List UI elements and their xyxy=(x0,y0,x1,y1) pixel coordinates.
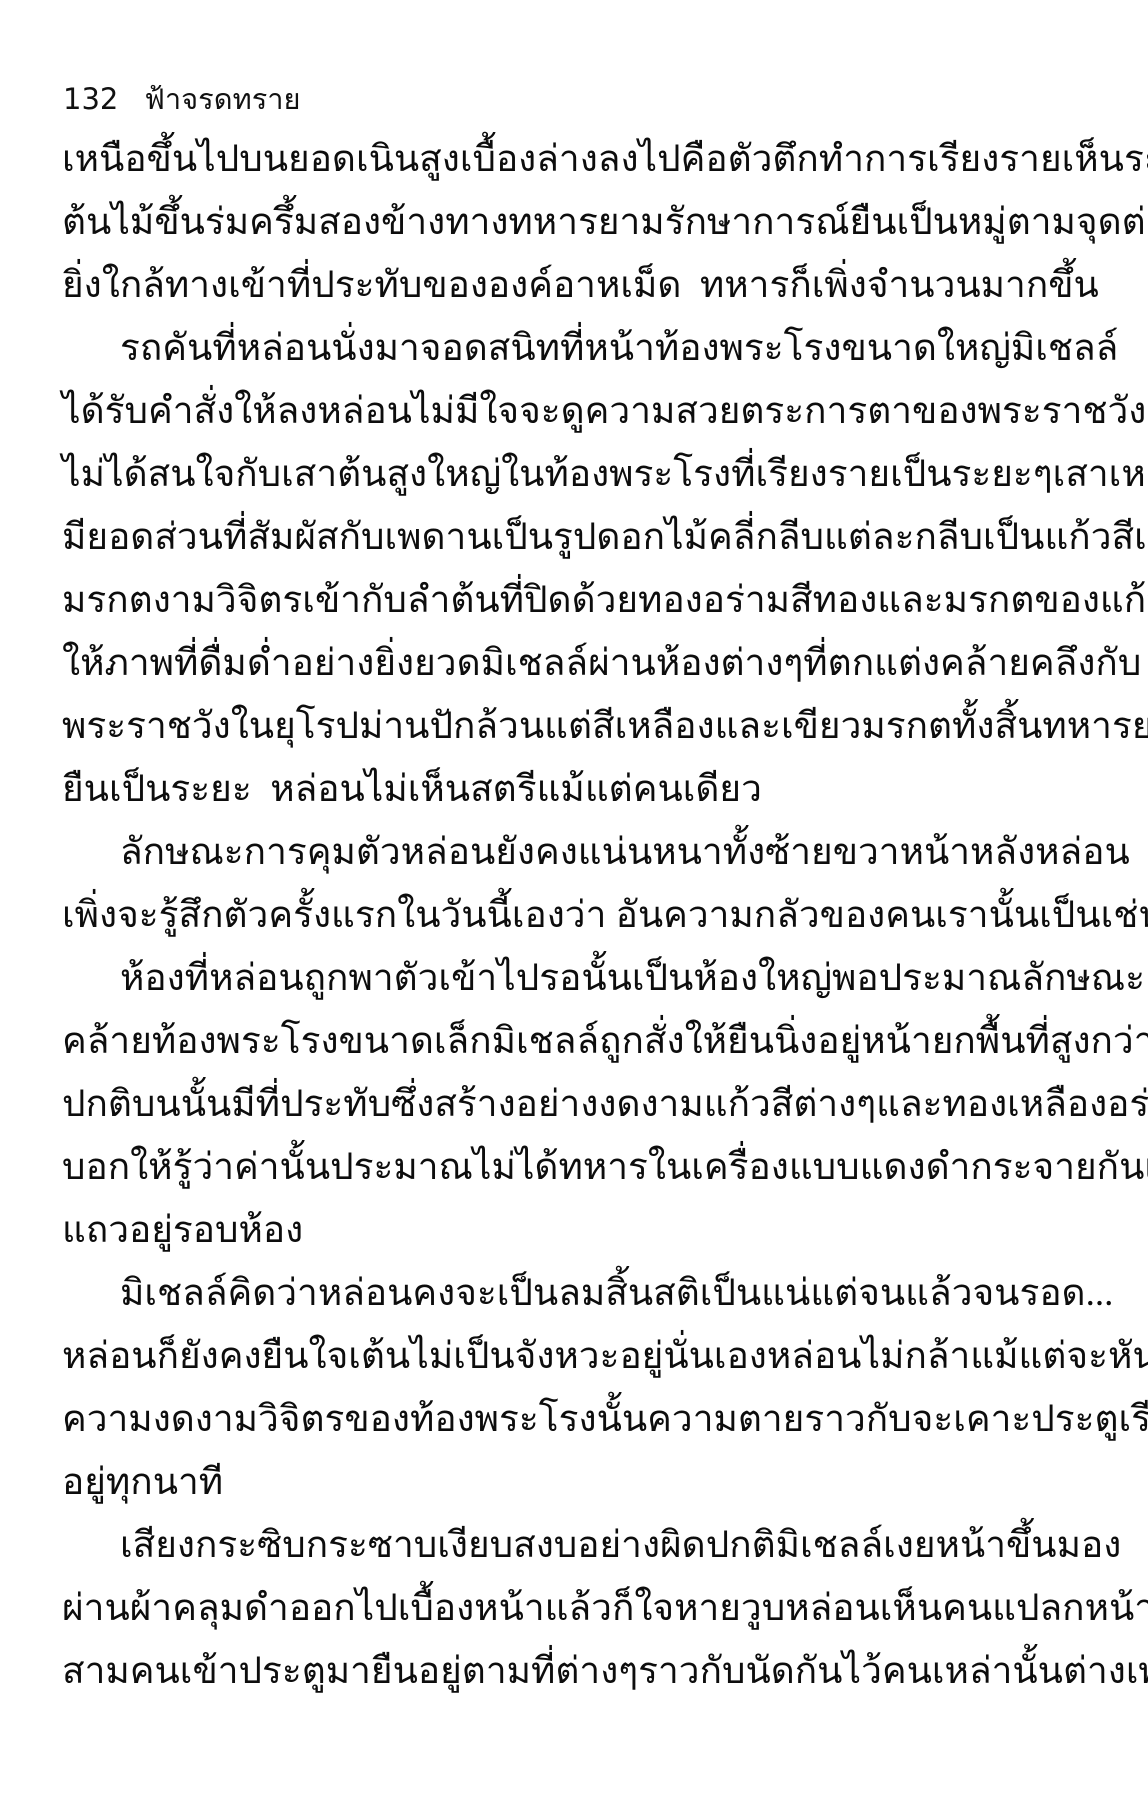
text-chunk: เสาเหล่านั้น xyxy=(1053,443,1148,506)
text-line: หล่อนก็ยังคงยืนใจเต้นไม่เป็นจังหวะอยู่นั… xyxy=(62,1325,1092,1388)
text-chunk: ทหารในเครื่องแบบแดงดำกระจายกันเรียง xyxy=(558,1136,1148,1199)
text-line: สามคนเข้าประตูมายืนอยู่ตามที่ต่างๆราวกับ… xyxy=(62,1640,1092,1703)
text-chunk: มรกตงามวิจิตร xyxy=(62,569,302,632)
text-chunk: รถคันที่หล่อนนั่งมาจอดสนิทที่หน้าท้องพระ… xyxy=(120,317,1011,380)
text-line: พระราชวังในยุโรปม่านปักล้วนแต่สีเหลืองแล… xyxy=(62,695,1092,758)
text-line: คล้ายท้องพระโรงขนาดเล็กมิเชลล์ถูกสั่งให้… xyxy=(62,1010,1092,1073)
text-line: ต้นไม้ขึ้นร่มครึ้มสองข้างทางทหารยามรักษา… xyxy=(62,191,1092,254)
text-chunk: ปกติ xyxy=(62,1073,132,1136)
page-number: 132 xyxy=(63,80,118,118)
text-line: ให้ภาพที่ดื่มด่ำอย่างยิ่งยวดมิเชลล์ผ่านห… xyxy=(62,632,1092,695)
text-line: ลักษณะการคุมตัวหล่อนยังคงแน่นหนาทั้งซ้าย… xyxy=(62,821,1092,884)
text-chunk: ไม่ได้สนใจกับเสาต้นสูงใหญ่ในท้องพระโรงที… xyxy=(62,443,1053,506)
text-chunk: เสียงกระซิบกระซาบเงียบสงบอย่างผิดปกติ xyxy=(120,1514,776,1577)
text-line: ยืนเป็นระยะ หล่อนไม่เห็นสตรีแม้แต่คนเดีย… xyxy=(62,758,1092,821)
text-chunk: บนนั้นมีที่ประทับซึ่งสร้างอย่างงดงาม xyxy=(132,1073,704,1136)
text-chunk: หล่อนไม่กล้าแม้แต่จะหันไปดู xyxy=(767,1325,1148,1388)
text-chunk: ให้ภาพที่ดื่มด่ำอย่างยิ่งยวด xyxy=(62,632,481,695)
text-chunk: หล่อนก็ยังคงยืนใจเต้นไม่เป็นจังหวะอยู่นั… xyxy=(62,1325,767,1388)
text-chunk: มิเชลล์คิดว่าหล่อนคงจะเป็นลมสิ้นสติเป็นแ… xyxy=(120,1262,810,1325)
text-chunk: ความงดงามวิจิตรของท้องพระโรงนั้น xyxy=(62,1388,647,1451)
text-line: อยู่ทุกนาที xyxy=(62,1451,1092,1514)
text-chunk: สามคนเข้าประตูมายืนอยู่ตามที่ต่างๆ xyxy=(62,1640,638,1703)
text-chunk: หล่อนเห็นคนแปลกหน้าสอง xyxy=(785,1577,1148,1640)
text-chunk: ผ่านผ้าคลุมดำออกไปเบื้องหน้าแล้วก็ใจหายว… xyxy=(62,1577,785,1640)
text-line: ยิ่งใกล้ทางเข้าที่ประทับขององค์อาหเม็ด ท… xyxy=(62,254,1092,317)
text-chunk: ราวกับนัดกันไว้ xyxy=(638,1640,882,1703)
text-chunk: แต่ละกลีบเป็นแก้วสีเขียว xyxy=(824,506,1148,569)
text-chunk: ลักษณะ xyxy=(1021,947,1145,1010)
text-chunk: สีทองและมรกตของแก้วนั้น xyxy=(790,569,1148,632)
text-chunk: ได้รับคำสั่งให้ลง xyxy=(62,380,317,443)
text-chunk: เห็นระยะ xyxy=(1062,128,1148,191)
text-chunk: ห้องที่หล่อนถูกพาตัวเข้าไปรอนั้นเป็นห้อง… xyxy=(120,947,1021,1010)
text-line: ไม่ได้สนใจกับเสาต้นสูงใหญ่ในท้องพระโรงที… xyxy=(62,443,1092,506)
text-chunk: ทหารยามรักษาการณ์ยืนเป็นหมู่ตามจุดต่างๆ xyxy=(508,191,1148,254)
text-line: บอกให้รู้ว่าค่านั้นประมาณไม่ได้ทหารในเคร… xyxy=(62,1136,1092,1199)
book-page: 132 ฟ้าจรดทราย เหนือขึ้นไปบนยอดเนินสูงเบ… xyxy=(0,0,1148,1800)
text-chunk: มิเชลล์ xyxy=(1011,317,1119,380)
text-chunk: พระราชวังในยุโรป xyxy=(62,695,359,758)
text-line: มิเชลล์คิดว่าหล่อนคงจะเป็นลมสิ้นสติเป็นแ… xyxy=(62,1262,1092,1325)
text-chunk: มอง xyxy=(1057,1514,1122,1577)
text-chunk: ต้นไม้ขึ้นร่มครึ้มสองข้างทาง xyxy=(62,191,508,254)
text-chunk: มิเชลล์ถูกสั่งให้ยืนนิ่งอยู่หน้ายกพื้นที… xyxy=(492,1010,1148,1073)
text-chunk: มิเชลล์ผ่านห้องต่างๆ xyxy=(481,632,804,695)
text-chunk: แต่จนแล้วจนรอด... xyxy=(810,1262,1113,1325)
text-chunk: ความตายราวกับจะเคาะประตูเรียกหา xyxy=(647,1388,1148,1451)
text-chunk: หล่อนไม่มีใจจะดูความสวยตระการตาของพระราช… xyxy=(317,380,1148,443)
text-chunk: และทองเหลืองอร่าม xyxy=(876,1073,1148,1136)
text-line: ความงดงามวิจิตรของท้องพระโรงนั้นความตายร… xyxy=(62,1388,1092,1451)
text-chunk: ลักษณะการคุมตัวหล่อนยังคงแน่นหนาทั้งซ้าย… xyxy=(120,821,1035,884)
text-line: เสียงกระซิบกระซาบเงียบสงบอย่างผิดปกติมิเ… xyxy=(62,1514,1092,1577)
running-header: 132 ฟ้าจรดทราย xyxy=(63,80,301,118)
book-title: ฟ้าจรดทราย xyxy=(144,80,300,118)
text-line: เหนือขึ้นไปบนยอดเนินสูงเบื้องล่างลงไปคือ… xyxy=(62,128,1092,191)
text-line: ผ่านผ้าคลุมดำออกไปเบื้องหน้าแล้วก็ใจหายว… xyxy=(62,1577,1092,1640)
text-line: แถวอยู่รอบห้อง xyxy=(62,1199,1092,1262)
body-text: เหนือขึ้นไปบนยอดเนินสูงเบื้องล่างลงไปคือ… xyxy=(62,128,1092,1703)
text-chunk: ทหารยาม xyxy=(1042,695,1148,758)
text-chunk: บอกให้รู้ว่าค่านั้นประมาณไม่ได้ xyxy=(62,1136,558,1199)
text-line: เพิ่งจะรู้สึกตัวครั้งแรกในวันนี้เองว่า อ… xyxy=(62,884,1092,947)
text-chunk: คนเหล่านั้นต่างเพ่งมอง xyxy=(882,1640,1148,1703)
text-line: ปกติบนนั้นมีที่ประทับซึ่งสร้างอย่างงดงาม… xyxy=(62,1073,1092,1136)
text-chunk: หล่อน xyxy=(1035,821,1130,884)
text-chunk: แก้วสีต่างๆ xyxy=(704,1073,876,1136)
text-chunk: คล้ายท้องพระโรงขนาดเล็ก xyxy=(62,1010,492,1073)
text-chunk: ม่านปักล้วนแต่สีเหลืองและเขียวมรกตทั้งสิ… xyxy=(359,695,1042,758)
text-line: รถคันที่หล่อนนั่งมาจอดสนิทที่หน้าท้องพระ… xyxy=(62,317,1092,380)
text-line: มรกตงามวิจิตรเข้ากับลำต้นที่ปิดด้วยทองอร… xyxy=(62,569,1092,632)
text-chunk: มียอดส่วนที่สัมผัสกับเพดานเป็นรูปดอกไม้ค… xyxy=(62,506,824,569)
text-chunk: เบื้องล่างลงไปคือตัวตึกทำการเรียงราย xyxy=(460,128,1062,191)
text-line: ห้องที่หล่อนถูกพาตัวเข้าไปรอนั้นเป็นห้อง… xyxy=(62,947,1092,1010)
text-chunk: ที่ตกแต่งคล้ายคลึงกับ xyxy=(803,632,1141,695)
text-chunk: เหนือขึ้นไปบนยอดเนินสูง xyxy=(62,128,460,191)
text-chunk: เข้ากับลำต้นที่ปิดด้วยทองอร่าม xyxy=(302,569,790,632)
text-line: ได้รับคำสั่งให้ลงหล่อนไม่มีใจจะดูความสวย… xyxy=(62,380,1092,443)
text-line: มียอดส่วนที่สัมผัสกับเพดานเป็นรูปดอกไม้ค… xyxy=(62,506,1092,569)
text-chunk: มิเชลล์เงยหน้าขึ้น xyxy=(776,1514,1057,1577)
